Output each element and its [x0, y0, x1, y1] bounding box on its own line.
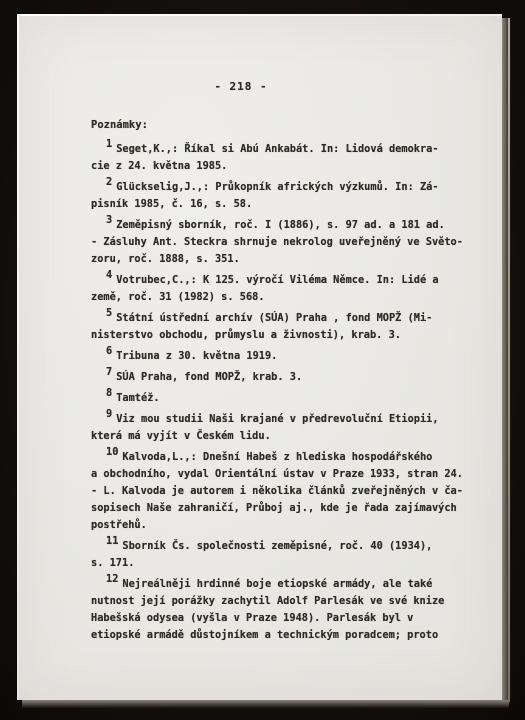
- footnote-number: 2: [106, 176, 112, 188]
- footnote-line: která má vyjít v Českém lidu.: [91, 428, 483, 445]
- footnote-number: 12: [106, 573, 118, 585]
- footnote-item: 9Viz mou studii Naši krajané v předrevol…: [91, 411, 483, 445]
- footnote-line: 4Votrubec,C.,: K 125. výročí Viléma Němc…: [91, 272, 483, 289]
- footnote-line: země, roč. 31 (1982) s. 568.: [91, 289, 483, 306]
- footnote-line: Habešská odysea (vyšla v Praze 1948). Pa…: [91, 610, 483, 627]
- footnote-number: 3: [106, 214, 112, 226]
- footnote-line: s. 171.: [91, 555, 483, 572]
- footnote-line: 7SÚA Praha, fond MOPŽ, krab. 3.: [91, 369, 483, 386]
- footnote-line: - L. Kalvoda je autorem i několika článk…: [91, 483, 483, 500]
- footnote-item: 6Tribuna z 30. května 1919.: [91, 348, 483, 365]
- footnote-number: 8: [106, 387, 112, 399]
- footnote-item: 3Zeměpisný sborník, roč. I (1886), s. 97…: [91, 217, 483, 268]
- footnote-line: 1Seget,K.,: Říkal si Abú Ankabát. In: Li…: [91, 141, 483, 158]
- footnote-line: a obchodního, vydal Orientální ústav v P…: [91, 466, 483, 483]
- footnote-number: 6: [106, 345, 112, 357]
- footnote-line: 12Nejreálněji hrdinné boje etiopské armá…: [91, 576, 483, 593]
- footnote-number: 7: [106, 366, 112, 378]
- page-number: - 218 -: [91, 80, 391, 93]
- footnote-line: 5Státní ústřední archív (SÚA) Praha , fo…: [91, 310, 483, 327]
- footnote-number: 10: [106, 446, 118, 458]
- page-edge-highlight: [508, 18, 510, 702]
- footnote-item: 10Kalvoda,L.,: Dnešní Habeš z hlediska h…: [91, 449, 483, 534]
- footnote-line: 10Kalvoda,L.,: Dnešní Habeš z hlediska h…: [91, 449, 483, 466]
- footnote-line: 8Tamtéž.: [91, 390, 483, 407]
- footnote-line: pisník 1985, č. 16, s. 58.: [91, 196, 483, 213]
- footnote-line: 3Zeměpisný sborník, roč. I (1886), s. 97…: [91, 217, 483, 234]
- footnote-item: 12Nejreálněji hrdinné boje etiopské armá…: [91, 576, 483, 644]
- footnote-item: 5Státní ústřední archív (SÚA) Praha , fo…: [91, 310, 483, 344]
- footnote-number: 9: [106, 408, 112, 420]
- footnote-line: 2Glückselig,J.,: Průkopník afrických výz…: [91, 179, 483, 196]
- notes-heading: Poznámky:: [91, 119, 148, 131]
- footnote-item: 4Votrubec,C.,: K 125. výročí Viléma Němc…: [91, 272, 483, 306]
- footnote-item: 2Glückselig,J.,: Průkopník afrických výz…: [91, 179, 483, 213]
- footnote-item: 11Sborník Čs. společnosti zeměpisné, roč…: [91, 538, 483, 572]
- footnote-line: 6Tribuna z 30. května 1919.: [91, 348, 483, 365]
- footnote-line: cie z 24. května 1985.: [91, 158, 483, 175]
- footnotes-list: 1Seget,K.,: Říkal si Abú Ankabát. In: Li…: [91, 141, 483, 644]
- footnote-line: zoru, roč. 1888, s. 351.: [91, 251, 483, 268]
- footnote-line: nutnost její porážky zachytil Adolf Parl…: [91, 593, 483, 610]
- footnote-item: 1Seget,K.,: Říkal si Abú Ankabát. In: Li…: [91, 141, 483, 175]
- footnote-line: etiopské armádě důstojníkem a technickým…: [91, 627, 483, 644]
- footnote-line: - Zásluhy Ant. Steckra shrnuje nekrolog …: [91, 234, 483, 251]
- footnote-number: 5: [106, 307, 112, 319]
- footnote-number: 11: [106, 535, 118, 547]
- footnote-item: 7SÚA Praha, fond MOPŽ, krab. 3.: [91, 369, 483, 386]
- footnote-line: nisterstvo obchodu, průmyslu a živnosti)…: [91, 327, 483, 344]
- page-edge-right-shadow: [502, 18, 511, 702]
- footnote-item: 8Tamtéž.: [91, 390, 483, 407]
- document-page: - 218 - Poznámky: 1Seget,K.,: Říkal si A…: [17, 14, 502, 700]
- footnote-line: sopisech Naše zahraničí, Průboj aj., kde…: [91, 500, 483, 517]
- footnote-line: 9Viz mou studii Naši krajané v předrevol…: [91, 411, 483, 428]
- footnote-line: postřehů.: [91, 517, 483, 534]
- footnote-line: 11Sborník Čs. společnosti zeměpisné, roč…: [91, 538, 483, 555]
- footnote-number: 4: [106, 269, 112, 281]
- page-edge-bottom-shadow: [22, 700, 509, 708]
- footnote-number: 1: [106, 138, 112, 150]
